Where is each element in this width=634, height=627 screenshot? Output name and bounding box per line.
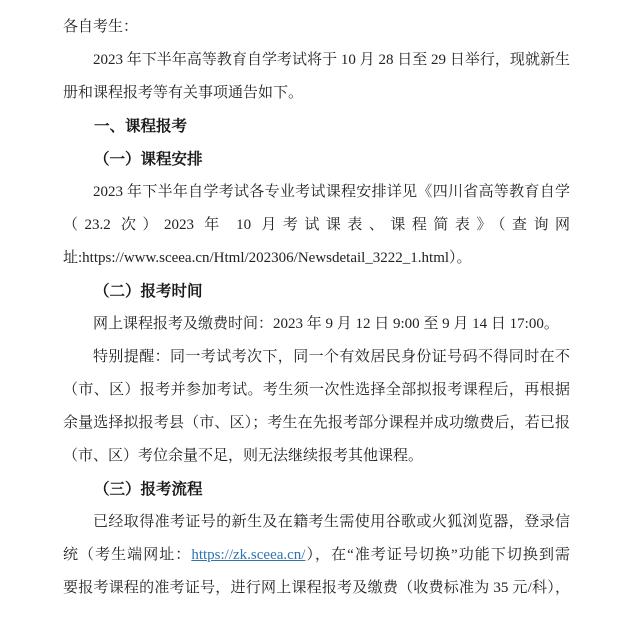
- reminder-line-2: （市、区）报考并参加考试。考生须一次性选择全部拟报考课程后，再根据考位: [63, 374, 570, 407]
- process-line-3: 要报考课程的准考证号，进行网上课程报考及缴费（收费标准为 35 元/科），缴: [63, 572, 570, 605]
- subsection-1-heading: （一）课程安排: [63, 143, 570, 176]
- process-line-1: 已经取得准考证号的新生及在籍考生需使用谷歌或火狐浏览器，登录信息系: [63, 506, 570, 539]
- intro-line-1: 2023 年下半年高等教育自学考试将于 10 月 28 日至 29 日举行，现就…: [63, 44, 570, 77]
- reminder-line-1: 特别提醒：同一考试考次下，同一个有效居民身份证号码不得同时在不同县: [63, 341, 570, 374]
- course-arrangement-line-2: （23.2 次）2023 年 10 月考试课表、课程简表》（查询网: [63, 209, 570, 242]
- reminder-line-3: 余量选择拟报考县（市、区）；考生在先报考部分课程并成功缴费后，若已报考县: [63, 407, 570, 440]
- link-suffix-text: ），在“准考证号切换”功能下切换到需: [305, 547, 570, 563]
- subsection-3-heading: （三）报考流程: [63, 473, 570, 506]
- intro-line-2: 册和课程报考等有关事项通告如下。: [63, 77, 570, 110]
- registration-time-line: 网上课程报考及缴费时间：2023 年 9 月 12 日 9:00 至 9 月 1…: [63, 308, 570, 341]
- course-arrangement-line-1: 2023 年下半年自学考试各专业考试课程安排详见《四川省高等教育自学考试: [63, 176, 570, 209]
- zk-sceea-link[interactable]: https://zk.sceea.cn/: [191, 547, 305, 563]
- course-arrangement-line-3: 址:https://www.sceea.cn/Html/202306/Newsd…: [63, 242, 570, 275]
- reminder-line-4: （市、区）考位余量不足，则无法继续报考其他课程。: [63, 440, 570, 473]
- subsection-2-heading: （二）报考时间: [63, 275, 570, 308]
- salutation: 各自考生：: [63, 11, 570, 44]
- link-prefix-text: 统（考生端网址：: [63, 547, 191, 563]
- section-1-heading: 一、课程报考: [63, 110, 570, 143]
- process-line-2: 统（考生端网址：https://zk.sceea.cn/），在“准考证号切换”功…: [63, 539, 570, 572]
- document-page: 各自考生： 2023 年下半年高等教育自学考试将于 10 月 28 日至 29 …: [0, 0, 634, 627]
